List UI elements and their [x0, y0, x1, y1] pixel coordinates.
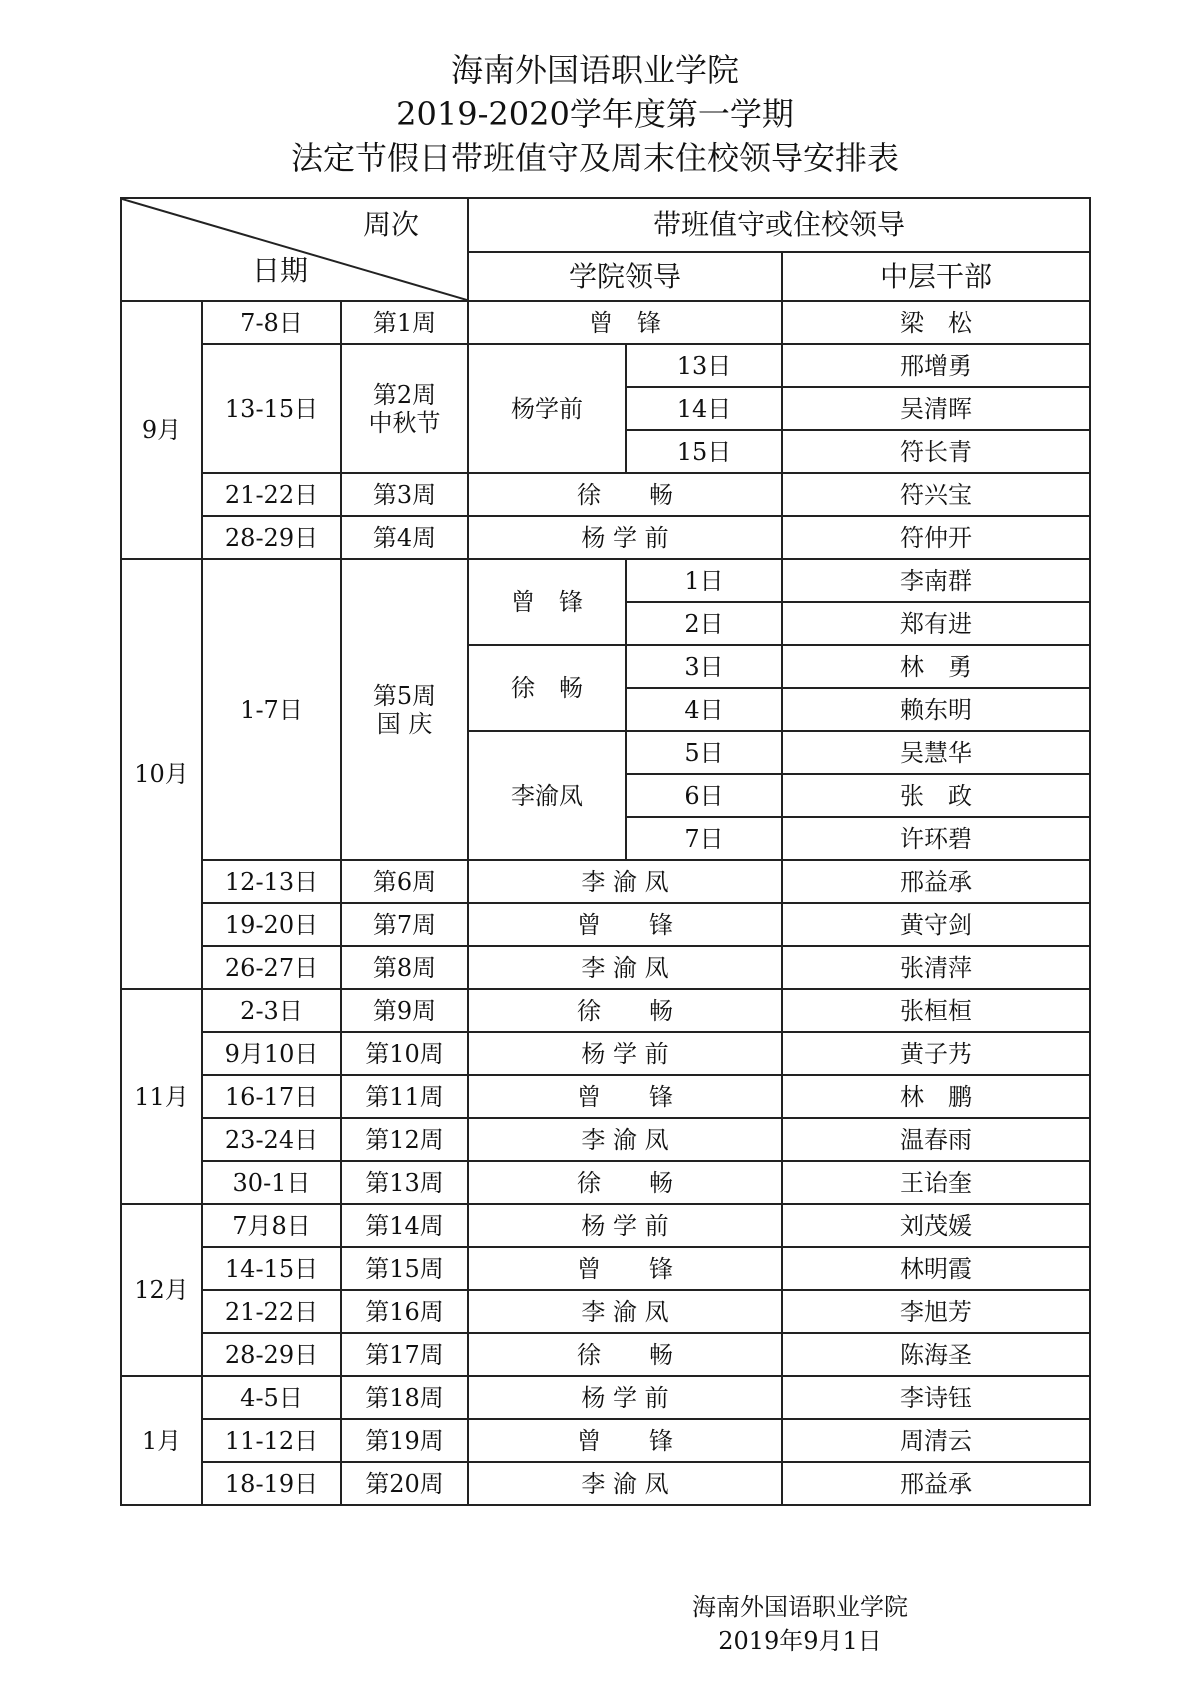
day-cell: 13日	[626, 344, 782, 387]
month-cell: 9月	[121, 301, 202, 559]
date-cell: 28-29日	[202, 516, 341, 559]
week-cell: 第13周	[341, 1161, 468, 1204]
leader-cell: 杨 学 前	[468, 1032, 782, 1075]
week-cell: 第14周	[341, 1204, 468, 1247]
cadre-cell: 刘茂媛	[782, 1204, 1090, 1247]
table-row: 12月 7月8日 第14周 杨 学 前 刘茂媛	[121, 1204, 1090, 1247]
week-cell: 第1周	[341, 301, 468, 344]
week-cell: 第10周	[341, 1032, 468, 1075]
leader-cell: 杨 学 前	[468, 516, 782, 559]
cadre-cell: 李南群	[782, 559, 1090, 602]
table-row: 26-27日 第8周 李 渝 凤 张清萍	[121, 946, 1090, 989]
week-cell: 第4周	[341, 516, 468, 559]
cadre-cell: 李诗钰	[782, 1376, 1090, 1419]
leader-cell: 曾 锋	[468, 559, 626, 645]
month-cell: 12月	[121, 1204, 202, 1376]
week-cell: 第8周	[341, 946, 468, 989]
table-row: 21-22日 第3周 徐 畅 符兴宝	[121, 473, 1090, 516]
leader-cell: 杨学前	[468, 344, 626, 473]
cadre-cell: 林 鹏	[782, 1075, 1090, 1118]
title-document: 法定节假日带班值守及周末住校领导安排表	[0, 136, 1190, 180]
date-cell: 21-22日	[202, 473, 341, 516]
week-cell: 第2周中秋节	[341, 344, 468, 473]
footer-organization: 海南外国语职业学院	[600, 1590, 1000, 1624]
date-header: 日期	[252, 257, 308, 285]
table-row: 30-1日 第13周 徐 畅 王诒奎	[121, 1161, 1090, 1204]
week-label: 第5周	[342, 682, 467, 710]
day-cell: 5日	[626, 731, 782, 774]
day-cell: 2日	[626, 602, 782, 645]
table-row: 28-29日 第17周 徐 畅 陈海圣	[121, 1333, 1090, 1376]
week-cell: 第15周	[341, 1247, 468, 1290]
cadre-cell: 温春雨	[782, 1118, 1090, 1161]
date-cell: 26-27日	[202, 946, 341, 989]
title-term: 2019-2020学年度第一学期	[0, 92, 1190, 136]
table-row: 11月 2-3日 第9周 徐 畅 张桓桓	[121, 989, 1090, 1032]
table-row: 23-24日 第12周 李 渝 凤 温春雨	[121, 1118, 1090, 1161]
diagonal-header-cell: 周次 日期	[121, 198, 468, 301]
leader-cell: 曾 锋	[468, 903, 782, 946]
cadre-cell: 郑有进	[782, 602, 1090, 645]
week-cell: 第12周	[341, 1118, 468, 1161]
month-cell: 1月	[121, 1376, 202, 1505]
week-cell: 第17周	[341, 1333, 468, 1376]
week-cell: 第3周	[341, 473, 468, 516]
date-cell: 19-20日	[202, 903, 341, 946]
cadre-cell: 张 政	[782, 774, 1090, 817]
week-cell: 第7周	[341, 903, 468, 946]
holiday-label: 中秋节	[342, 409, 467, 437]
leader-cell: 徐 畅	[468, 1333, 782, 1376]
cadre-cell: 赖东明	[782, 688, 1090, 731]
leader-cell: 李渝凤	[468, 731, 626, 860]
leader-cell: 李 渝 凤	[468, 1118, 782, 1161]
date-cell: 4-5日	[202, 1376, 341, 1419]
date-cell: 9月10日	[202, 1032, 341, 1075]
date-cell: 21-22日	[202, 1290, 341, 1333]
date-cell: 2-3日	[202, 989, 341, 1032]
footer-date: 2019年9月1日	[600, 1624, 1000, 1658]
cadre-cell: 周清云	[782, 1419, 1090, 1462]
month-cell: 11月	[121, 989, 202, 1204]
table-row: 19-20日 第7周 曾 锋 黄守剑	[121, 903, 1090, 946]
cadre-cell: 黄子艿	[782, 1032, 1090, 1075]
leader-cell: 曾 锋	[468, 1247, 782, 1290]
leader-cell: 曾 锋	[468, 301, 782, 344]
title-institution: 海南外国语职业学院	[0, 48, 1190, 92]
leader-cell: 李 渝 凤	[468, 860, 782, 903]
cadre-cell: 许环碧	[782, 817, 1090, 860]
week-label: 第2周	[342, 381, 467, 409]
week-cell: 第11周	[341, 1075, 468, 1118]
table-row: 28-29日 第4周 杨 学 前 符仲开	[121, 516, 1090, 559]
table-row: 13-15日 第2周中秋节 杨学前 13日 邢增勇	[121, 344, 1090, 387]
date-cell: 7-8日	[202, 301, 341, 344]
day-cell: 14日	[626, 387, 782, 430]
group-header: 带班值守或住校领导	[468, 198, 1090, 252]
schedule-table: 周次 日期 带班值守或住校领导 学院领导 中层干部 9月 7-8日 第1周 曾 …	[120, 197, 1091, 1506]
table-row: 18-19日 第20周 李 渝 凤 邢益承	[121, 1462, 1090, 1505]
date-cell: 11-12日	[202, 1419, 341, 1462]
college-leader-header: 学院领导	[468, 252, 782, 301]
cadre-cell: 陈海圣	[782, 1333, 1090, 1376]
leader-cell: 杨 学 前	[468, 1204, 782, 1247]
week-cell: 第20周	[341, 1462, 468, 1505]
day-cell: 7日	[626, 817, 782, 860]
date-cell: 14-15日	[202, 1247, 341, 1290]
leader-cell: 徐 畅	[468, 989, 782, 1032]
table-row: 21-22日 第16周 李 渝 凤 李旭芳	[121, 1290, 1090, 1333]
week-cell: 第18周	[341, 1376, 468, 1419]
date-cell: 12-13日	[202, 860, 341, 903]
leader-cell: 徐 畅	[468, 473, 782, 516]
table-row: 10月 1-7日 第5周国 庆 曾 锋 1日 李南群	[121, 559, 1090, 602]
leader-cell: 徐 畅	[468, 1161, 782, 1204]
leader-cell: 李 渝 凤	[468, 946, 782, 989]
cadre-cell: 李旭芳	[782, 1290, 1090, 1333]
week-cell: 第5周国 庆	[341, 559, 468, 860]
day-cell: 3日	[626, 645, 782, 688]
cadre-cell: 符仲开	[782, 516, 1090, 559]
date-cell: 28-29日	[202, 1333, 341, 1376]
week-header: 周次	[363, 211, 419, 239]
cadre-cell: 邢益承	[782, 860, 1090, 903]
day-cell: 15日	[626, 430, 782, 473]
day-cell: 6日	[626, 774, 782, 817]
week-cell: 第19周	[341, 1419, 468, 1462]
date-cell: 16-17日	[202, 1075, 341, 1118]
day-cell: 4日	[626, 688, 782, 731]
table-row: 9月10日 第10周 杨 学 前 黄子艿	[121, 1032, 1090, 1075]
leader-cell: 曾 锋	[468, 1075, 782, 1118]
table-row: 16-17日 第11周 曾 锋 林 鹏	[121, 1075, 1090, 1118]
cadre-cell: 张桓桓	[782, 989, 1090, 1032]
month-cell: 10月	[121, 559, 202, 989]
cadre-cell: 林 勇	[782, 645, 1090, 688]
middle-cadre-header: 中层干部	[782, 252, 1090, 301]
table-row: 1月 4-5日 第18周 杨 学 前 李诗钰	[121, 1376, 1090, 1419]
cadre-cell: 邢增勇	[782, 344, 1090, 387]
cadre-cell: 符长青	[782, 430, 1090, 473]
cadre-cell: 王诒奎	[782, 1161, 1090, 1204]
week-cell: 第6周	[341, 860, 468, 903]
leader-cell: 李 渝 凤	[468, 1290, 782, 1333]
leader-cell: 杨 学 前	[468, 1376, 782, 1419]
cadre-cell: 吴清晖	[782, 387, 1090, 430]
cadre-cell: 黄守剑	[782, 903, 1090, 946]
cadre-cell: 张清萍	[782, 946, 1090, 989]
date-cell: 18-19日	[202, 1462, 341, 1505]
cadre-cell: 符兴宝	[782, 473, 1090, 516]
date-cell: 7月8日	[202, 1204, 341, 1247]
table-row: 14-15日 第15周 曾 锋 林明霞	[121, 1247, 1090, 1290]
holiday-label: 国 庆	[342, 710, 467, 738]
date-cell: 13-15日	[202, 344, 341, 473]
cadre-cell: 林明霞	[782, 1247, 1090, 1290]
cadre-cell: 梁 松	[782, 301, 1090, 344]
date-cell: 23-24日	[202, 1118, 341, 1161]
leader-cell: 李 渝 凤	[468, 1462, 782, 1505]
cadre-cell: 吴慧华	[782, 731, 1090, 774]
table-row: 12-13日 第6周 李 渝 凤 邢益承	[121, 860, 1090, 903]
cadre-cell: 邢益承	[782, 1462, 1090, 1505]
day-cell: 1日	[626, 559, 782, 602]
date-cell: 1-7日	[202, 559, 341, 860]
leader-cell: 徐 畅	[468, 645, 626, 731]
date-cell: 30-1日	[202, 1161, 341, 1204]
table-row: 11-12日 第19周 曾 锋 周清云	[121, 1419, 1090, 1462]
leader-cell: 曾 锋	[468, 1419, 782, 1462]
week-cell: 第9周	[341, 989, 468, 1032]
table-row: 9月 7-8日 第1周 曾 锋 梁 松	[121, 301, 1090, 344]
week-cell: 第16周	[341, 1290, 468, 1333]
